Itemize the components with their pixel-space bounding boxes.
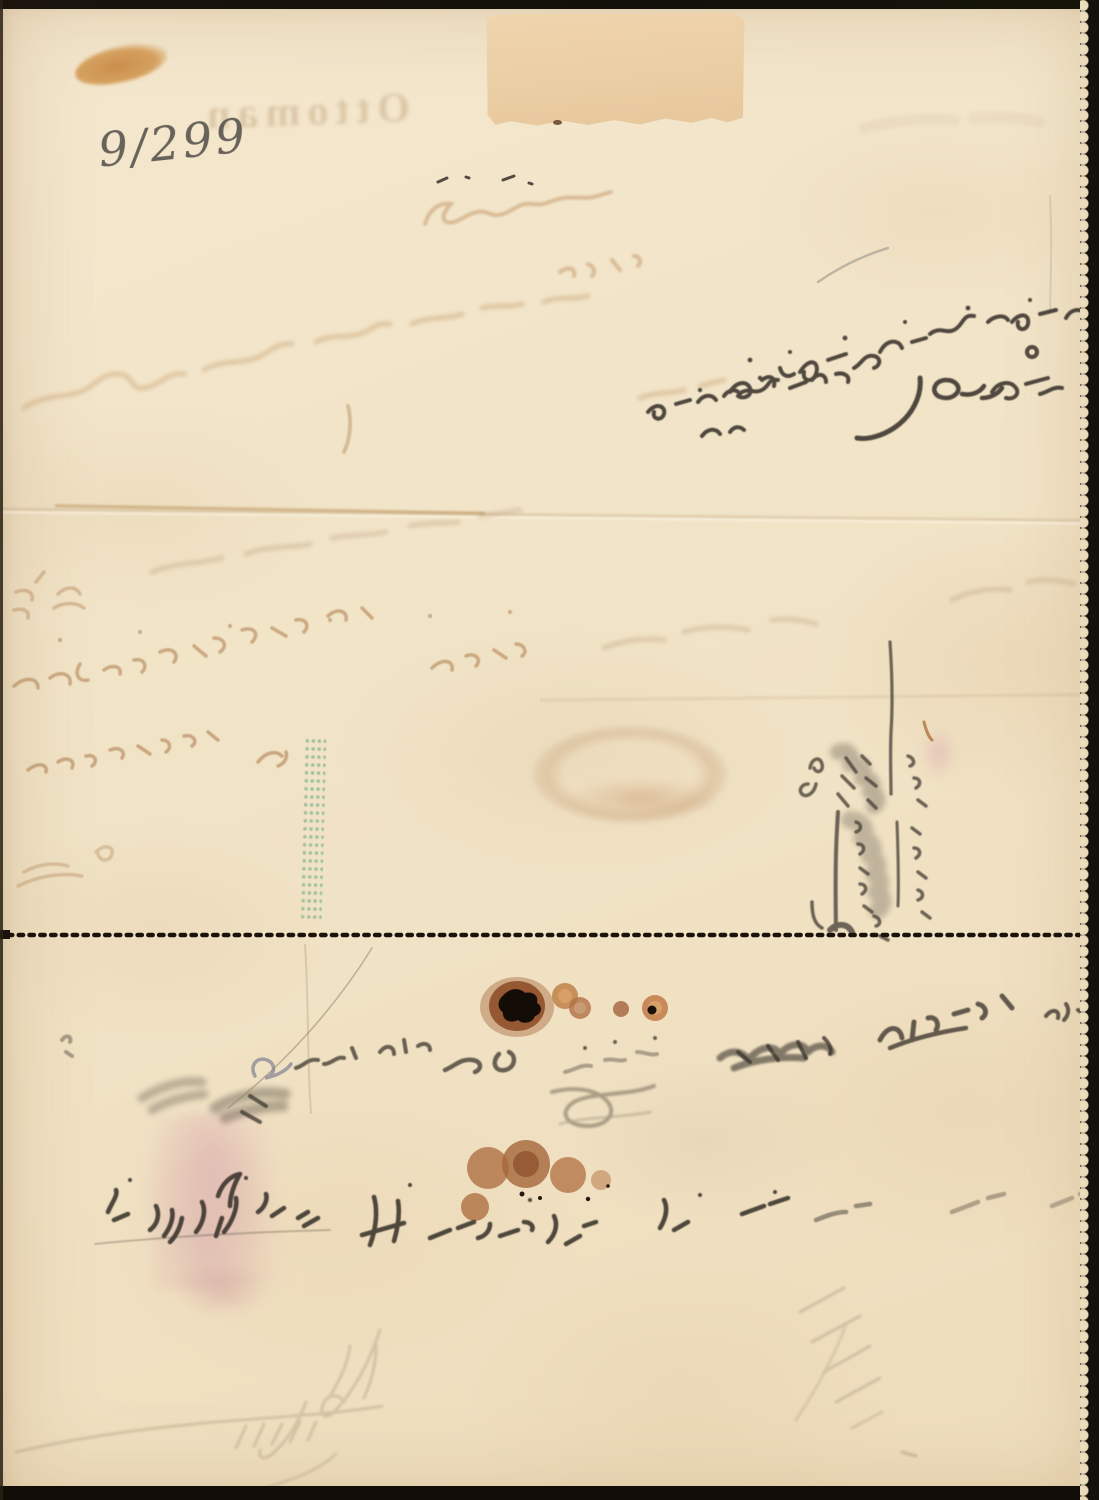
adhesive-tape-residue [486, 12, 745, 129]
blue-ink-loop [253, 1059, 291, 1078]
pencil-flourishes-bottom-left [16, 1330, 382, 1492]
ink-blot-cluster-upper [480, 977, 668, 1037]
circular-stamp-stain-crescent [535, 770, 750, 828]
deckled-right-edge [1080, 0, 1099, 1500]
brown-stain-smear [71, 37, 170, 90]
scan-edge-bottom [0, 1486, 1099, 1500]
ink-speck [553, 120, 562, 125]
green-stamp-trace [300, 737, 327, 924]
horizontal-fold-crease-2 [540, 687, 1099, 707]
ottoman-ink-inscription-upper-right [344, 298, 1084, 452]
cursive-bleedthrough-line-2 [152, 117, 1074, 648]
scan-edge-left [0, 0, 3, 1500]
scan-edge-top [0, 0, 1099, 9]
archival-number-pencil: 9/299 [96, 108, 251, 178]
pencil-hatch-marks-bottom-right [796, 1288, 916, 1456]
cursive-bleedthrough-line-1 [24, 296, 724, 408]
horizontal-fold-crease [0, 496, 1099, 534]
ink-specks-row [438, 176, 532, 184]
cursive-bleed-word [425, 192, 640, 276]
diagonal-crease-line [228, 945, 372, 1113]
document-scan: Ottoman 9/299 [0, 0, 1099, 1500]
smudged-ink-columns [800, 642, 932, 940]
main-script-line-lower [62, 996, 1094, 1122]
faint-brown-script-row-1 [14, 572, 525, 688]
brown-droplet-cluster [461, 1140, 611, 1221]
faint-brown-script-row-2 [18, 732, 287, 886]
pencil-scratch-diagonal [818, 196, 1051, 312]
pink-ink-smudge [922, 728, 956, 778]
perforation-dotted-line [0, 930, 1088, 939]
pink-stain-spot [175, 1262, 270, 1317]
under-blot-flourish [552, 1086, 654, 1126]
